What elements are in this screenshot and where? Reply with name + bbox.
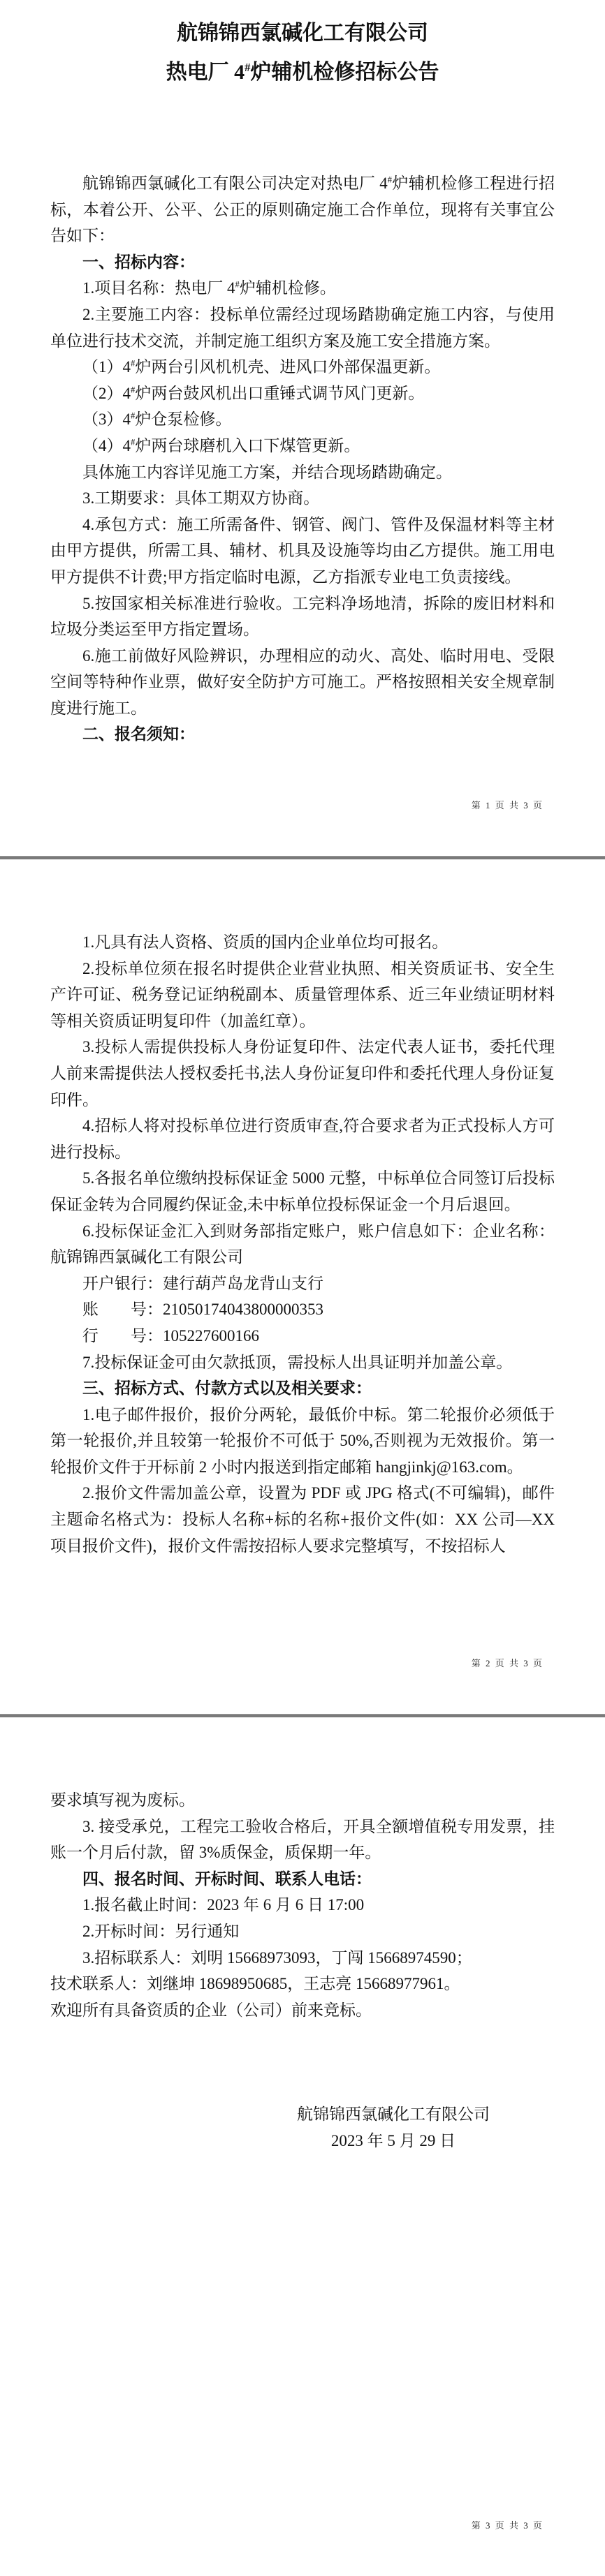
document-page-1: 航锦锦西氯碱化工有限公司 热电厂 4#炉辅机检修招标公告 航锦锦西氯碱化工有限公… bbox=[0, 0, 605, 856]
tender-contacts: 3.招标联系人：刘明 15668973093，丁闯 15668974590； bbox=[50, 1945, 555, 1971]
sub-item-4: （4）4#炉两台球磨机入口下煤管更新。 bbox=[50, 433, 555, 459]
sub-item-2: （2）4#炉两台鼓风机出口重锤式调节风门更新。 bbox=[50, 380, 555, 407]
signup-deadline: 1.报名截止时间：2023 年 6 月 6 日 17:00 bbox=[50, 1892, 555, 1918]
document-title-line1: 航锦锦西氯碱化工有限公司 bbox=[50, 18, 555, 49]
construction-content: 2.主要施工内容：投标单位需经过现场踏勘确定施工内容，与使用单位进行技术交流，并… bbox=[50, 302, 555, 354]
document-page-3: 要求填写视为废标。3. 接受承兑，工程完工验收合格后，开具全额增值税专用发票，挂… bbox=[0, 1717, 605, 2576]
acceptance-standard: 5.按国家相关标准进行验收。工完料净场地清，拆除的废旧材料和垃圾分类运至甲方指定… bbox=[50, 591, 555, 643]
technical-contacts: 技术联系人：刘继坤 18698950685，王志亮 15668977961。 bbox=[50, 1971, 555, 1997]
deposit-offset: 7.投标保证金可由欠款抵顶，需投标人出具证明并加盖公章。 bbox=[50, 1349, 555, 1376]
section-1-heading: 一、招标内容： bbox=[50, 249, 555, 276]
quote-rules: 1.电子邮件报价，报价分两轮，最低价中标。第二轮报价必须低于第一轮报价,并且较第… bbox=[50, 1402, 555, 1481]
page-2-content: 1.凡具有法人资格、资质的国内企业单位均可报名。2.投标单位须在报名时提供企业营… bbox=[50, 929, 555, 1559]
sub-item-3: （3）4#炉仓泵检修。 bbox=[50, 406, 555, 433]
signup-item-2: 2.投标单位须在报名时提供企业营业执照、相关资质证书、安全生产许可证、税务登记证… bbox=[50, 956, 555, 1035]
payment-terms: 3. 接受承兑，工程完工验收合格后，开具全额增值税专用发票，挂账一个月后付款，留… bbox=[50, 1814, 555, 1866]
risk-identification: 6.施工前做好风险辨识，办理相应的动火、高处、临时用电、受限空间等特种作业票，做… bbox=[50, 643, 555, 722]
page-1-footer: 第 1 页 共 3 页 bbox=[472, 798, 544, 811]
page-2-footer: 第 2 页 共 3 页 bbox=[472, 1656, 544, 1669]
document-title-line2: 热电厂 4#炉辅机检修招标公告 bbox=[50, 57, 555, 88]
sub-item-1: （1）4#炉两台引风机机壳、进风口外部保温更新。 bbox=[50, 354, 555, 380]
contract-mode: 4.承包方式：施工所需备件、钢管、阀门、管件及保温材料等主材由甲方提供，所需工具… bbox=[50, 512, 555, 591]
document: 航锦锦西氯碱化工有限公司 热电厂 4#炉辅机检修招标公告 航锦锦西氯碱化工有限公… bbox=[0, 0, 605, 2576]
account-number: 账 号：21050174043800000353 bbox=[50, 1296, 555, 1323]
page-1-content: 航锦锦西氯碱化工有限公司决定对热电厂 4#炉辅机检修工程进行招标，本着公开、公平… bbox=[50, 170, 555, 748]
bank-code: 行 号：105227600166 bbox=[50, 1323, 555, 1349]
content-note: 具体施工内容详见施工方案，并结合现场踏勘确定。 bbox=[50, 459, 555, 486]
page-3-content: 要求填写视为废标。3. 接受承兑，工程完工验收合格后，开具全额增值税专用发票，挂… bbox=[50, 1787, 555, 2154]
bid-opening-time: 2.开标时间：另行通知 bbox=[50, 1918, 555, 1945]
signature-company: 航锦锦西氯碱化工有限公司 bbox=[282, 2101, 504, 2128]
signature-date: 2023 年 5 月 29 日 bbox=[282, 2128, 504, 2154]
project-name: 1.项目名称：热电厂 4#炉辅机检修。 bbox=[50, 275, 555, 302]
signup-item-4: 4.招标人将对投标单位进行资质审查,符合要求者为正式投标人方可进行投标。 bbox=[50, 1113, 555, 1165]
intro-paragraph: 航锦锦西氯碱化工有限公司决定对热电厂 4#炉辅机检修工程进行招标，本着公开、公平… bbox=[50, 170, 555, 249]
bank-name: 开户银行：建行葫芦岛龙背山支行 bbox=[50, 1271, 555, 1297]
invalid-bid-continuation: 要求填写视为废标。 bbox=[50, 1787, 555, 1814]
page-3-footer: 第 3 页 共 3 页 bbox=[472, 2518, 544, 2531]
section-4-heading: 四、报名时间、开标时间、联系人电话： bbox=[50, 1866, 555, 1893]
welcome-note: 欢迎所有具备资质的企业（公司）前来竞标。 bbox=[50, 1997, 555, 2024]
signup-item-3: 3.投标人需提供投标人身份证复印件、法定代表人证书，委托代理人前来需提供法人授权… bbox=[50, 1034, 555, 1113]
quote-file-format: 2.报价文件需加盖公章，设置为 PDF 或 JPG 格式(不可编辑)，邮件主题命… bbox=[50, 1480, 555, 1559]
document-page-2: 1.凡具有法人资格、资质的国内企业单位均可报名。2.投标单位须在报名时提供企业营… bbox=[0, 859, 605, 1714]
signup-item-1: 1.凡具有法人资格、资质的国内企业单位均可报名。 bbox=[50, 929, 555, 956]
section-3-heading: 三、招标方式、付款方式以及相关要求： bbox=[50, 1375, 555, 1402]
duration-requirement: 3.工期要求：具体工期双方协商。 bbox=[50, 485, 555, 512]
signup-item-5: 5.各报名单位缴纳投标保证金 5000 元整，中标单位合同签订后投标保证金转为合… bbox=[50, 1165, 555, 1217]
section-2-heading: 二、报名须知： bbox=[50, 721, 555, 748]
deposit-account: 6.投标保证金汇入到财务部指定账户，账户信息如下：企业名称：航锦锦西氯碱化工有限… bbox=[50, 1218, 555, 1271]
